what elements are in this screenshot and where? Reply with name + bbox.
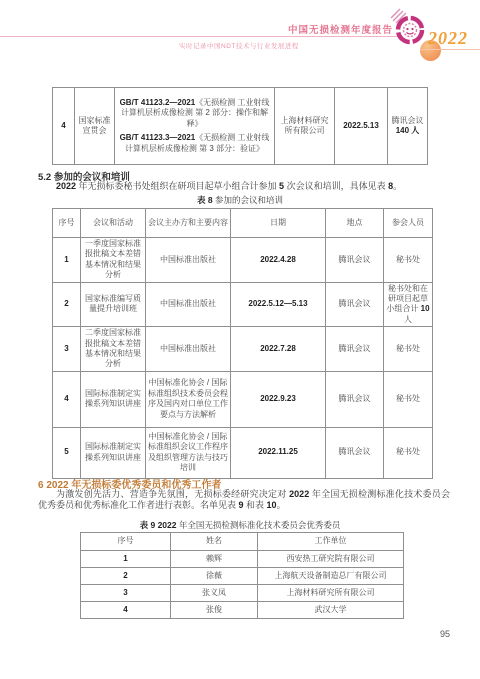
- table-row: 5 国际标准制定实操系列知识讲座 中国标准化协会 / 国际标准组织会议工作程序及…: [53, 427, 433, 478]
- cell-attendees: 秘书处: [384, 371, 433, 427]
- table-header-row: 序号 会议和活动 会议主办方和主要内容 日期 地点 参会人员: [53, 209, 433, 238]
- cell-host: 中国标准出版社: [146, 282, 231, 327]
- cell-activity: 国家标准编写质量提升培训班: [81, 282, 146, 327]
- text-seg: 次会议和培训，具体见表: [284, 181, 388, 191]
- col-header: 序号: [53, 209, 81, 238]
- caption-label: 表 9 2022: [140, 520, 177, 530]
- table-row: 4 张俊 武汉大学: [81, 602, 404, 619]
- cell-no: 4: [53, 88, 75, 165]
- col-header: 姓名: [171, 533, 258, 551]
- text-seg: 。: [277, 500, 286, 510]
- cell-org: 上海材料研究所有限公司: [275, 88, 335, 165]
- table-header-row: 序号 姓名 工作单位: [81, 533, 404, 551]
- caption-label: 表 8: [197, 195, 213, 205]
- cell-host: 中国标准化协会 / 国际标准组织会议工作程序及组织管理方法与技巧培训: [146, 427, 231, 478]
- cell-date: 2022.5.12—5.13: [231, 282, 326, 327]
- table-row: 1 一季度国家标准报批稿文本差错基本情况和结果分析 中国标准出版社 2022.4…: [53, 238, 433, 283]
- cell-attendees: 秘书处: [384, 327, 433, 372]
- table-row: 3 张义凤 上海材料研究所有限公司: [81, 585, 404, 602]
- text-seg: 为激发创先活力、营造争先氛围，无损标委经研究决定对: [56, 489, 289, 499]
- cell-no: 4: [81, 602, 171, 619]
- cell-date: 2022.9.23: [231, 371, 326, 427]
- cell-host: 中国标准出版社: [146, 327, 231, 372]
- table-row: 1 赖辉 西安热工研究院有限公司: [81, 551, 404, 568]
- table8-meetings: 序号 会议和活动 会议主办方和主要内容 日期 地点 参会人员 1 一季度国家标准…: [52, 208, 433, 479]
- standard-code: GB/T 41123.3—2021: [120, 133, 196, 142]
- table-row: 4 国际标准制定实操系列知识讲座 中国标准化协会 / 国际标准组织技术委员会程序…: [53, 371, 433, 427]
- cell-location: 腾讯会议 140 人: [388, 88, 428, 165]
- col-header: 参会人员: [384, 209, 433, 238]
- table7-continuation: 4 国家标准宣贯会 GB/T 41123.2—2021《无损检测 工业射线计算机…: [52, 87, 428, 165]
- table-row: 2 国家标准编写质量提升培训班 中国标准出版社 2022.5.12—5.13 腾…: [53, 282, 433, 327]
- cell-host: 中国标准出版社: [146, 238, 231, 283]
- cell-org: 上海材料研究所有限公司: [258, 585, 404, 602]
- cell-location: 腾讯会议: [326, 427, 384, 478]
- cell-name: 赖辉: [171, 551, 258, 568]
- report-title: 中国无损检测年度报告: [288, 22, 392, 36]
- cell-date: 2022.7.28: [231, 327, 326, 372]
- cell-activity: 国际标准制定实操系列知识讲座: [81, 427, 146, 478]
- col-header: 工作单位: [258, 533, 404, 551]
- text-seg: 10: [267, 500, 277, 510]
- cell-activity: 国际标准制定实操系列知识讲座: [81, 371, 146, 427]
- cell-no: 1: [81, 551, 171, 568]
- cell-name: 张俊: [171, 602, 258, 619]
- year-underline: [420, 49, 480, 50]
- text-seg: 和表: [244, 500, 267, 510]
- standard-entry: GB/T 41123.3—2021《无损检测 工业射线计算机层析成像检测 第 3…: [117, 133, 272, 154]
- cell-standards: GB/T 41123.2—2021《无损检测 工业射线计算机层析成像检测 第 2…: [115, 88, 275, 165]
- standard-entry: GB/T 41123.2—2021《无损检测 工业射线计算机层析成像检测 第 2…: [117, 98, 272, 129]
- header-divider: [0, 36, 398, 37]
- text-seg: 2022: [289, 489, 309, 499]
- cell-org: 武汉大学: [258, 602, 404, 619]
- cell-location: 腾讯会议: [326, 327, 384, 372]
- cell-date: 2022.5.13: [335, 88, 388, 165]
- caption-text: 年全国无损检测标准化技术委员会优秀委员: [177, 520, 341, 530]
- location-line: 腾讯会议: [390, 116, 425, 126]
- text-seg: 10: [421, 304, 430, 313]
- cell-attendees: 秘书处和在研项目起草小组合计 10 人: [384, 282, 433, 327]
- section-6-paragraph: 为激发创先活力、营造争先氛围，无损标委经研究决定对 2022 年全国无损检测标准…: [38, 489, 450, 512]
- cell-attendees: 秘书处: [384, 427, 433, 478]
- cell-activity: 二季度国家标准报批稿文本差错基本情况和结果分析: [81, 327, 146, 372]
- cell-attendees: 秘书处: [384, 238, 433, 283]
- cell-no: 3: [81, 585, 171, 602]
- cell-no: 3: [53, 327, 81, 372]
- cell-location: 腾讯会议: [326, 371, 384, 427]
- cell-no: 1: [53, 238, 81, 283]
- attendee-count: 140 人: [390, 126, 425, 136]
- standard-code: GB/T 41123.2—2021: [120, 98, 196, 107]
- col-header: 序号: [81, 533, 171, 551]
- table-row: 2 徐薇 上海航天设备制造总厂有限公司: [81, 568, 404, 585]
- page-number: 95: [440, 629, 450, 639]
- col-header: 会议和活动: [81, 209, 146, 238]
- table-row: 4 国家标准宣贯会 GB/T 41123.2—2021《无损检测 工业射线计算机…: [53, 88, 428, 165]
- cell-activity: 国家标准宣贯会: [75, 88, 115, 165]
- cell-name: 张义凤: [171, 585, 258, 602]
- col-header: 会议主办方和主要内容: [146, 209, 231, 238]
- cell-activity: 一季度国家标准报批稿文本差错基本情况和结果分析: [81, 238, 146, 283]
- text-seg: 年无损标委秘书处组织在研项目起草小组合计参加: [76, 181, 279, 191]
- cell-date: 2022.4.28: [231, 238, 326, 283]
- report-tagline: 实时记录中国NDT技术与行业发展进程: [179, 41, 299, 50]
- cell-no: 2: [53, 282, 81, 327]
- cell-no: 2: [81, 568, 171, 585]
- cell-no: 4: [53, 371, 81, 427]
- cell-no: 5: [53, 427, 81, 478]
- table-row: 3 二季度国家标准报批稿文本差错基本情况和结果分析 中国标准出版社 2022.7…: [53, 327, 433, 372]
- table8-caption: 表 8 参加的会议和培训: [0, 194, 480, 206]
- cell-location: 腾讯会议: [326, 282, 384, 327]
- text-seg: 人: [404, 315, 412, 324]
- text-seg: 。: [393, 181, 402, 191]
- caption-text: 参加的会议和培训: [213, 195, 283, 205]
- col-header: 地点: [326, 209, 384, 238]
- cell-org: 上海航天设备制造总厂有限公司: [258, 568, 404, 585]
- cell-location: 腾讯会议: [326, 238, 384, 283]
- cell-date: 2022.11.25: [231, 427, 326, 478]
- table9-outstanding-members: 序号 姓名 工作单位 1 赖辉 西安热工研究院有限公司 2 徐薇 上海航天设备制…: [80, 532, 404, 619]
- cell-name: 徐薇: [171, 568, 258, 585]
- col-header: 日期: [231, 209, 326, 238]
- section-5-2-paragraph: 2022 年无损标委秘书处组织在研项目起草小组合计参加 5 次会议和培训，具体见…: [38, 181, 450, 192]
- table9-caption: 表 9 2022 年全国无损检测标准化技术委员会优秀委员: [0, 519, 480, 531]
- cell-org: 西安热工研究院有限公司: [258, 551, 404, 568]
- report-year: 2022: [428, 28, 468, 49]
- text-seg: 2022: [56, 181, 76, 191]
- cell-host: 中国标准化协会 / 国际标准组织技术委员会程序及国内对口单位工作要点与方法解析: [146, 371, 231, 427]
